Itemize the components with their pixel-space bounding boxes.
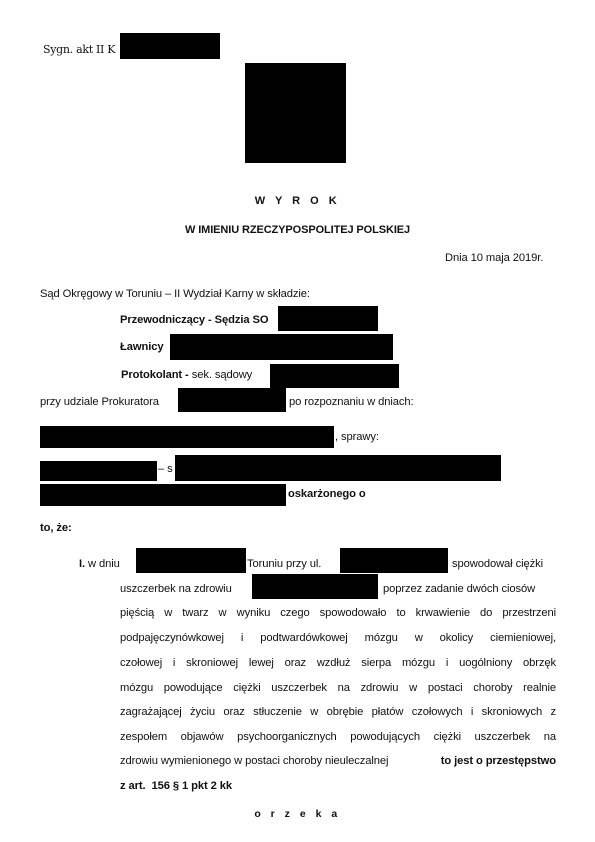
charge-line-7: zagrażającej życiu oraz stłuczenie w obr…	[120, 706, 556, 718]
redacted-incident-date	[136, 548, 246, 573]
judgment-date: Dnia 10 maja 2019r.	[445, 252, 543, 264]
charge-line-1b: Toruniu przy ul.	[247, 558, 321, 570]
charge-line-4: podpajęczynówkowej i podtwardówkowej móz…	[120, 632, 556, 644]
redacted-prosecutor	[178, 388, 286, 412]
offense-description: to jest o przestępstwo	[441, 755, 556, 767]
case-suffix: , sprawy:	[335, 431, 379, 443]
judgment-subtitle: W IMIENIU RZECZYPOSPOLITEJ POLSKIEJ	[0, 224, 595, 236]
redacted-defendant-name	[40, 461, 157, 481]
redacted-case-number	[120, 33, 220, 59]
redacted-defendant-details-2	[40, 484, 286, 506]
charge-line-5: czołowej i skroniowej lewej oraz wzdłuż …	[120, 657, 556, 669]
redacted-emblem	[245, 63, 346, 163]
charge-line-6: mózgu powodujące ciężki uszczerbek na zd…	[120, 682, 556, 694]
charge-line-8: zespołem objawów psychoorganicznych powo…	[120, 731, 556, 743]
prosecutor-suffix: po rozpoznaniu w dniach:	[289, 396, 413, 408]
judgment-title: W Y R O K	[0, 195, 595, 207]
redacted-lay-judges	[170, 334, 393, 360]
charge-line-1c: spowodował ciężki	[452, 558, 543, 570]
redacted-defendant-details	[175, 455, 501, 481]
redacted-presiding-judge	[278, 306, 378, 331]
charge-number: I.	[79, 558, 85, 570]
charge-line-9: zdrowiu wymienionego w postaci choroby n…	[120, 755, 556, 767]
charge-line-9-plain: zdrowiu wymienionego w postaci choroby n…	[120, 755, 388, 767]
clerk-line: Protokolant - sek. sądowy	[121, 369, 252, 381]
charge-line-1a: w dniu	[88, 558, 120, 570]
accused-label: oskarżonego o	[288, 488, 366, 500]
court-line: Sąd Okręgowy w Toruniu – II Wydział Karn…	[40, 288, 310, 300]
redacted-clerk	[270, 364, 399, 388]
prosecutor-prefix: przy udziale Prokuratora	[40, 396, 159, 408]
charge-line-1-start: I. w dniu	[79, 558, 120, 570]
case-signature: Sygn. akt II K	[43, 43, 115, 56]
clerk-label: Protokolant -	[121, 369, 189, 381]
charge-line-2a: uszczerbek na zdrowiu	[120, 583, 232, 595]
redacted-hearing-dates	[40, 426, 334, 448]
lay-judges-label: Ławnicy	[120, 341, 163, 353]
defendant-dash: – s	[158, 463, 173, 475]
clerk-role: sek. sądowy	[189, 369, 252, 381]
verdict-label: o r z e k a	[0, 808, 595, 820]
redacted-victim	[252, 574, 378, 599]
case-signature-label: Sygn. akt II K	[43, 43, 115, 56]
redacted-street	[340, 548, 448, 573]
presiding-judge-label: Przewodniczący - Sędzia SO	[120, 314, 268, 326]
document-page: Sygn. akt II K W Y R O K W IMIENIU RZECZ…	[0, 0, 595, 842]
charge-line-3: pięścią w twarz w wyniku czego spowodowa…	[120, 607, 556, 619]
legal-basis: z art. 156 § 1 pkt 2 kk	[120, 780, 232, 792]
that-label: to, że:	[40, 522, 72, 534]
charge-line-2b: poprzez zadanie dwóch ciosów	[383, 583, 535, 595]
